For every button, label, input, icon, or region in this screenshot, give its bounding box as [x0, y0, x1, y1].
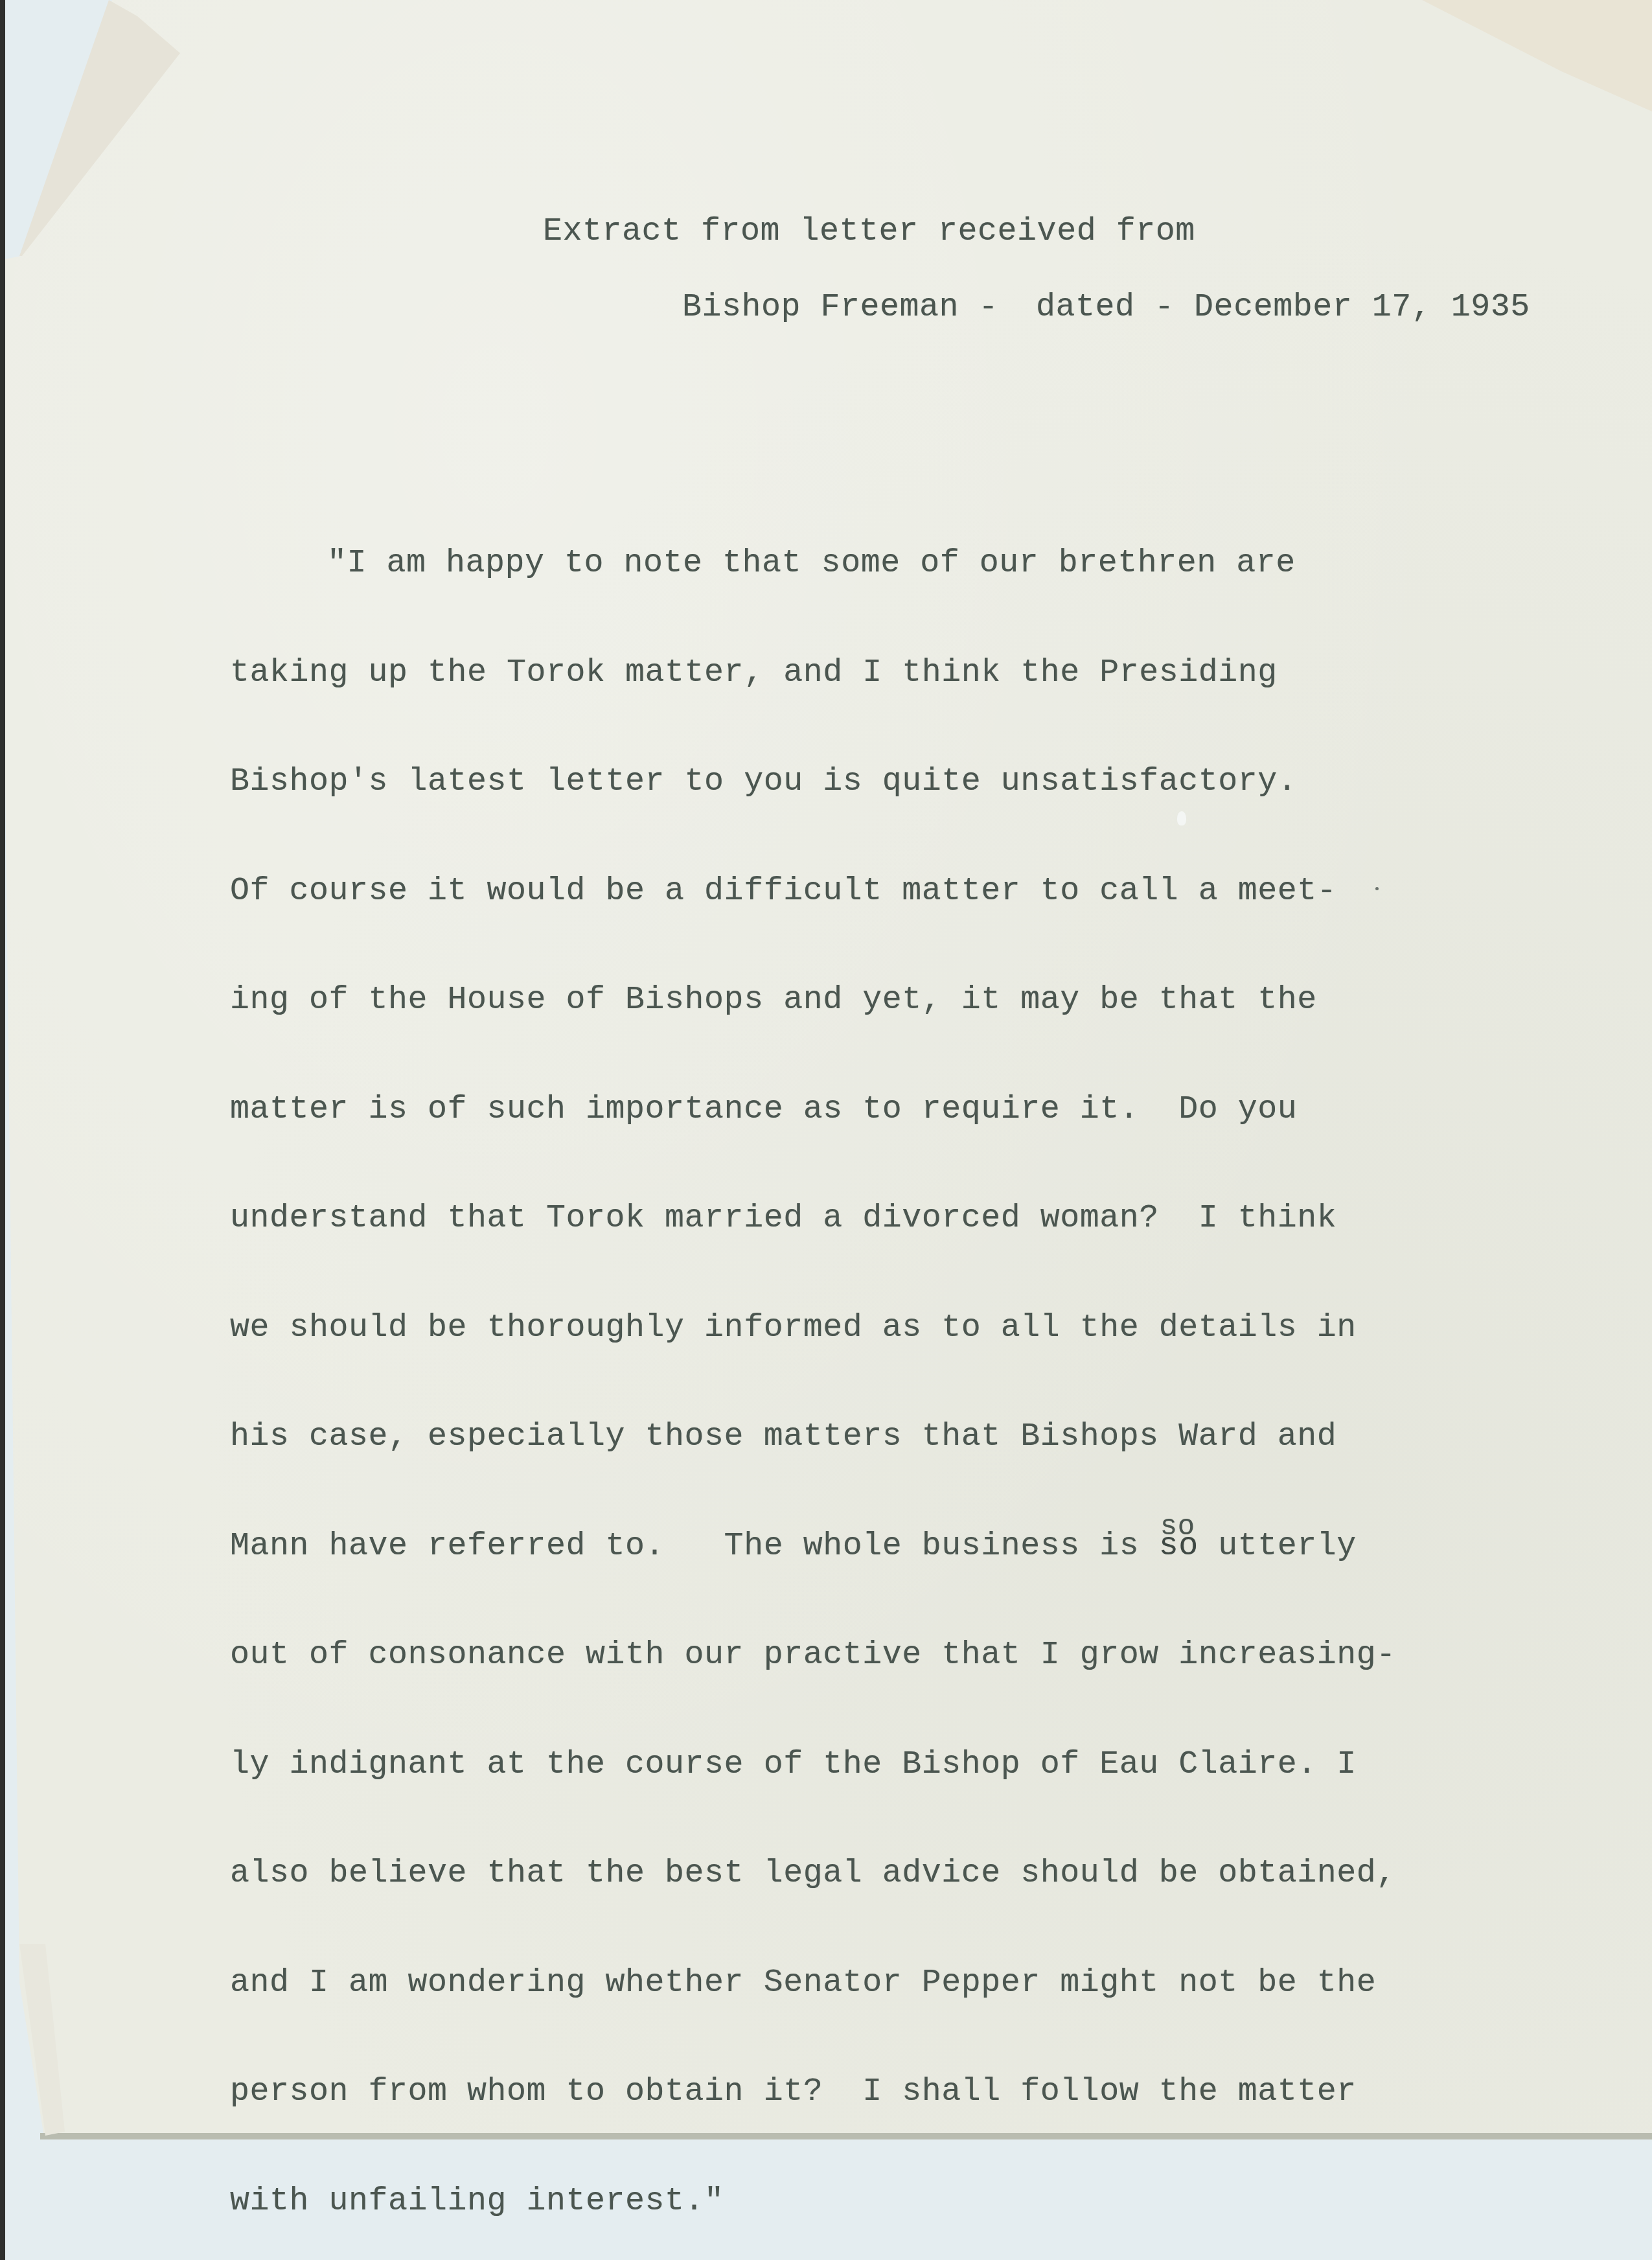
- body-line-7: understand that Torok married a divorced…: [230, 1201, 1396, 1238]
- body-line-5: ing of the House of Bishops and yet, it …: [230, 982, 1396, 1019]
- body-line-6: matter is of such importance as to requi…: [230, 1092, 1396, 1129]
- body-line-3: Bishop's latest letter to you is quite u…: [230, 764, 1396, 801]
- body-line-4: Of course it would be a difficult matter…: [230, 873, 1396, 910]
- stray-mark: [1375, 887, 1379, 890]
- body-line-1: "I am happy to note that some of our bre…: [230, 546, 1396, 582]
- paper-puncture: [1177, 811, 1186, 825]
- overstrike-correction: soso: [1159, 1528, 1199, 1565]
- body-line-16: with unfailing interest.": [230, 2184, 1396, 2220]
- body-line-13: also believe that the best legal advice …: [230, 1856, 1396, 1893]
- body-line-9: his case, especially those matters that …: [230, 1419, 1396, 1456]
- body-line-15: person from whom to obtain it? I shall f…: [230, 2074, 1396, 2111]
- body-line-14: and I am wondering whether Senator Peppe…: [230, 1965, 1396, 2002]
- letter-date: dated - December 17, 1935: [1036, 289, 1530, 326]
- body-line-11: out of consonance with our practive that…: [230, 1637, 1396, 1674]
- body-line-10-text: Mann have referred to. The whole busines…: [230, 1528, 1159, 1565]
- heading-title: Extract from letter received from: [543, 214, 1195, 250]
- heading-sender-line: Bishop Freeman -dated - December 17, 193…: [682, 290, 1530, 326]
- scanner-edge: [0, 0, 5, 2260]
- body-line-10-rest: utterly: [1199, 1528, 1357, 1565]
- body-line-10: Mann have referred to. The whole busines…: [230, 1528, 1396, 1565]
- correction-above: so: [1160, 1509, 1195, 1545]
- sender-name: Bishop Freeman -: [682, 289, 998, 326]
- letter-body: "I am happy to note that some of our bre…: [230, 473, 1396, 2256]
- body-line-2: taking up the Torok matter, and I think …: [230, 655, 1396, 692]
- body-line-8: we should be thoroughly informed as to a…: [230, 1310, 1396, 1347]
- body-line-12: ly indignant at the course of the Bishop…: [230, 1747, 1396, 1784]
